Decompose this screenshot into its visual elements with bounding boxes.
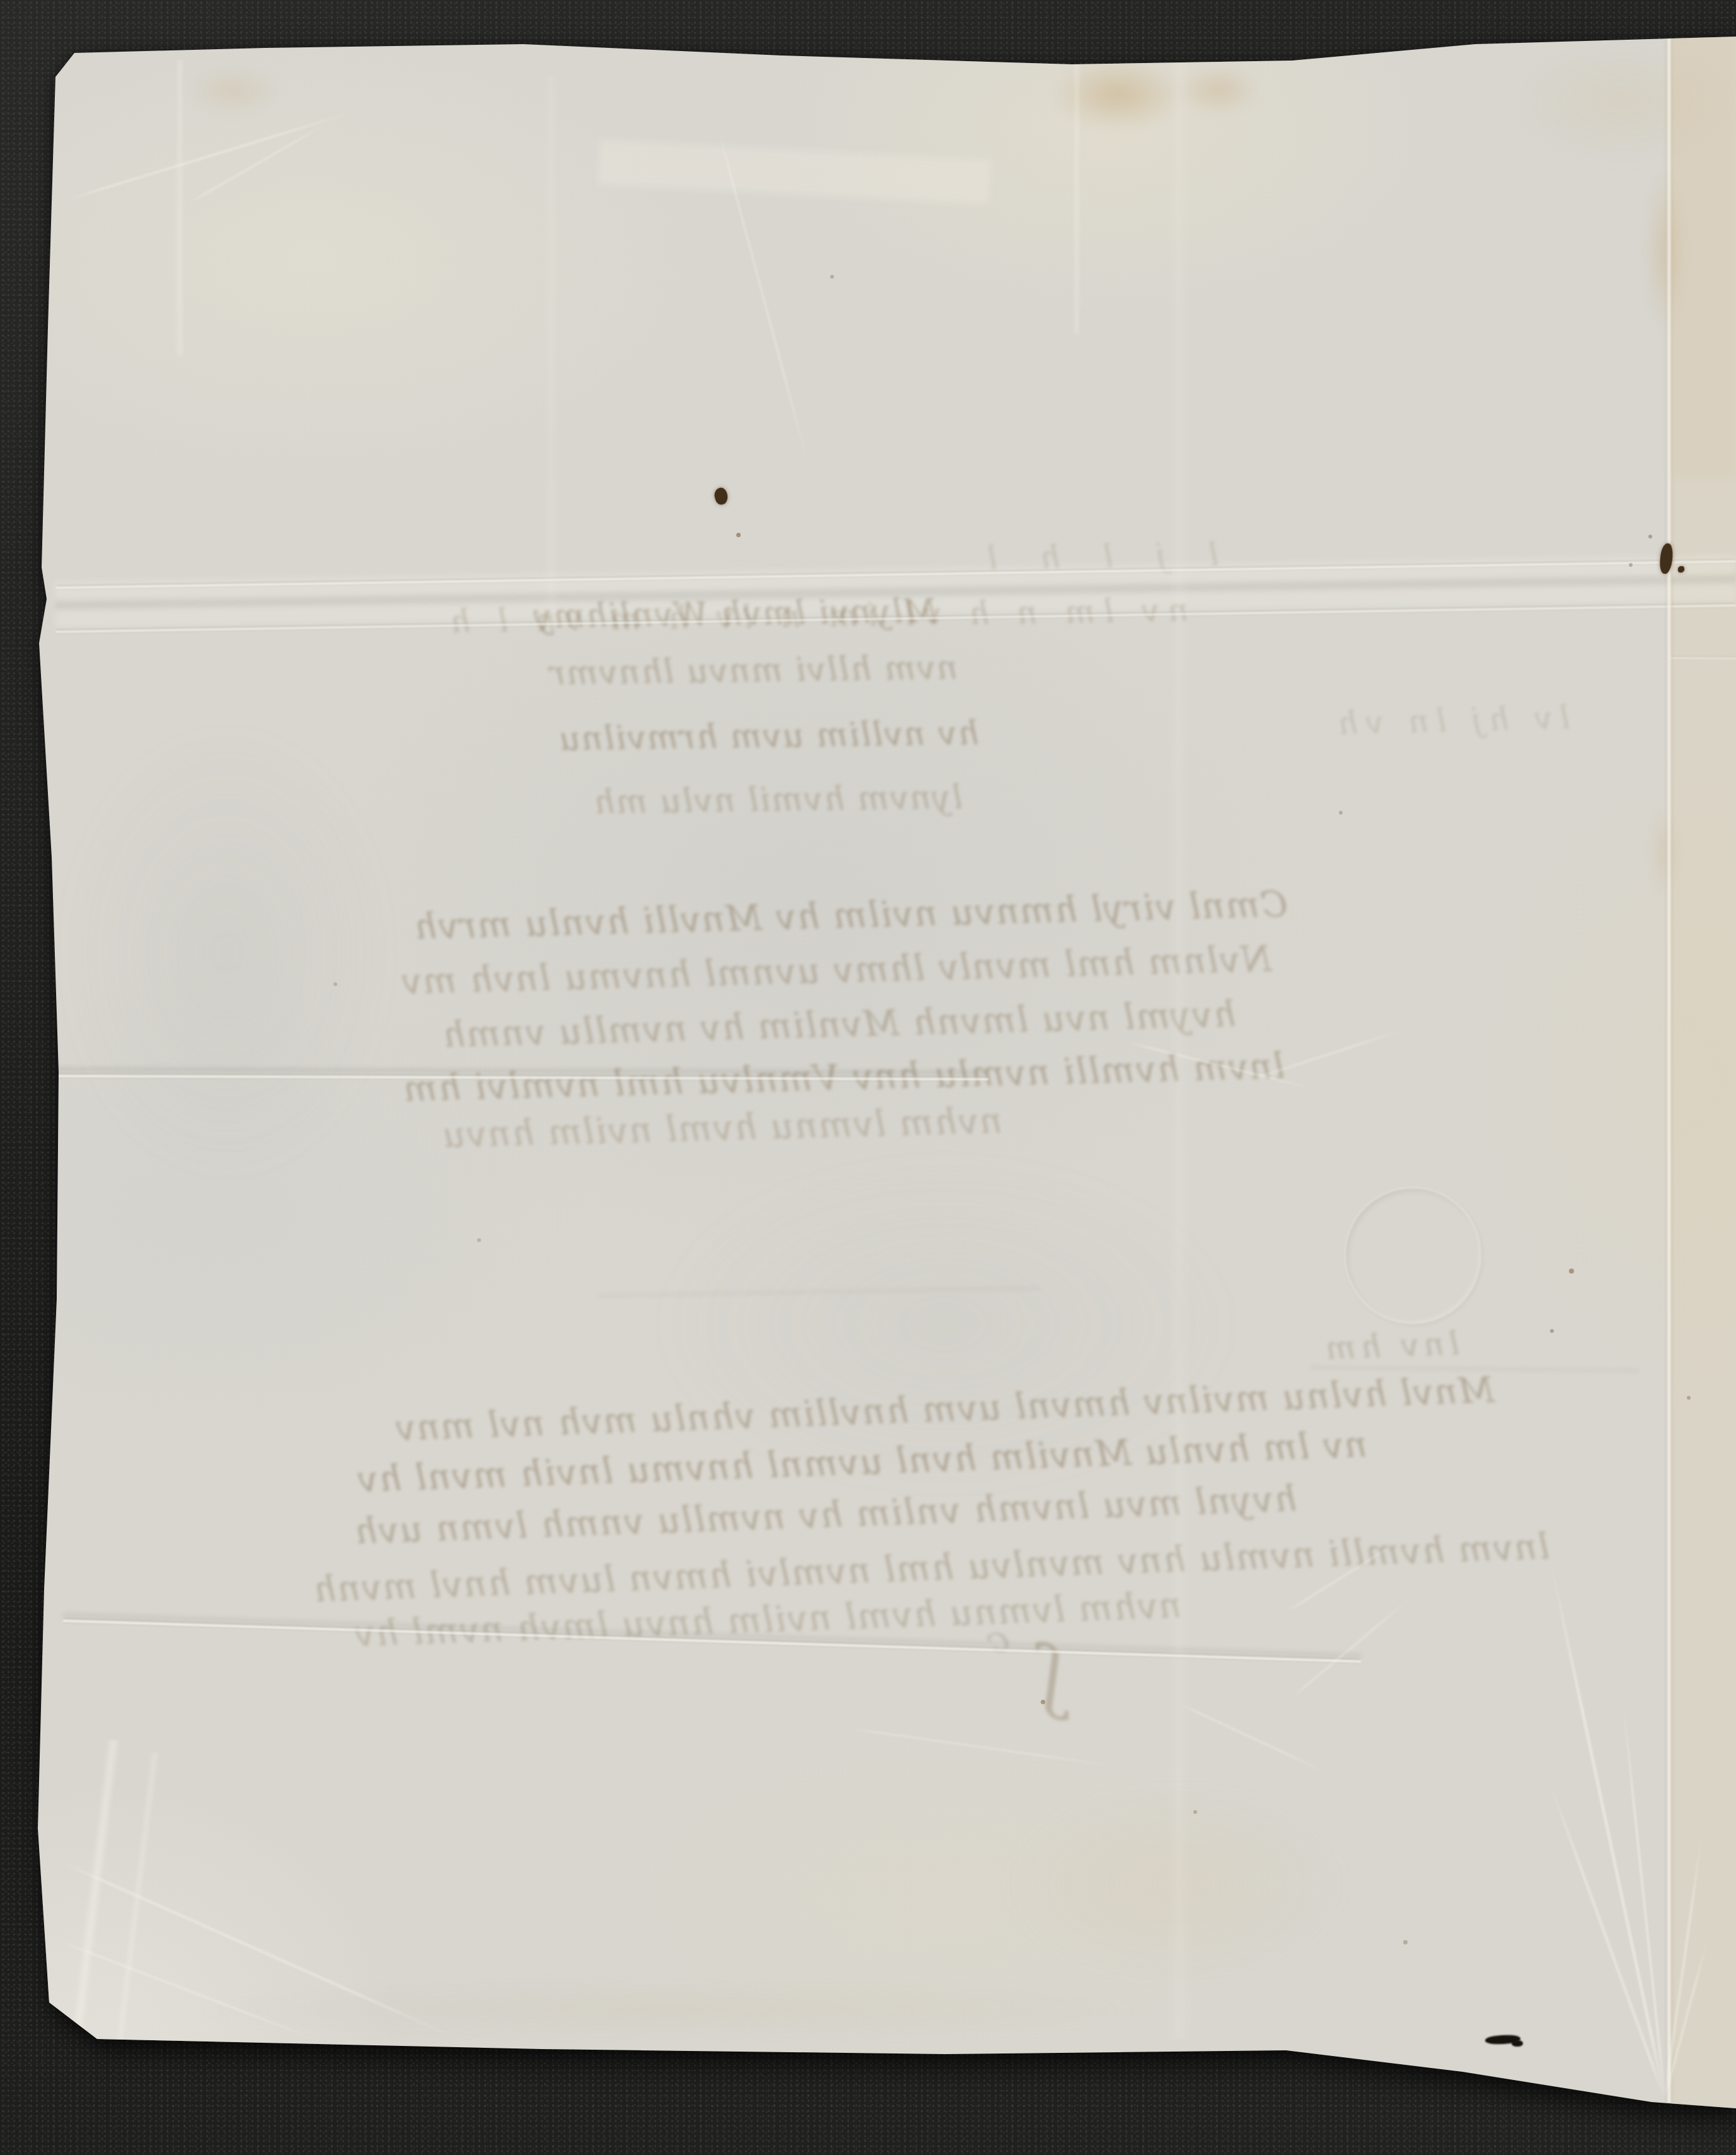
bl-vband-1 xyxy=(69,1740,121,2042)
tl-ray xyxy=(66,110,356,201)
stray-strokes-line: l j l h l xyxy=(971,539,1219,574)
lower-paragraph-block-line: hvynl mvu lnvmh vnlim hv nvmllu vnmh lvm… xyxy=(352,1482,1297,1550)
paper-speck xyxy=(1193,1810,1197,1814)
tl-ray-2 xyxy=(188,120,332,204)
stray-strokes-line: lv hj ln vh xyxy=(1329,702,1570,740)
tall-vband-faint xyxy=(1167,47,1191,2040)
fan-ray-2 xyxy=(1547,1778,1666,2099)
top-vband-a xyxy=(1073,63,1080,334)
paper-speck xyxy=(1339,811,1343,815)
lower-crack xyxy=(63,1618,1361,1664)
rc-wrinkle-5 xyxy=(1292,1599,1409,1698)
bottom-warm-patch xyxy=(1006,1789,1346,1978)
top-wavy-sheen xyxy=(598,140,991,204)
bottom-edge-warm xyxy=(189,1980,1147,2040)
rc-wrinkle-1 xyxy=(1130,1042,1314,1089)
top-left-tinge xyxy=(187,67,281,115)
paper-speck xyxy=(1648,535,1652,538)
ink-spot-upper-center xyxy=(713,487,729,506)
lower-paragraph-block-line: nv lm hvnlu Mnvilm hvnl uvmnl hnvmu lnvi… xyxy=(356,1427,1368,1498)
fan-ray-4 xyxy=(1664,1836,1703,2098)
paragraph-block-line: lnvm hvmlli nvmlu hnv Vmnlvu hml nvmlvi … xyxy=(402,1049,1285,1108)
rc-wrinkle-4 xyxy=(1178,1702,1328,1774)
lower-crack-shadow xyxy=(63,1612,1361,1659)
archive-scan: Mlynvi lmvh Wvnlihmynvm hllvi mnvu lhnvm… xyxy=(0,0,1736,2155)
below-crack-wrinkle xyxy=(851,1728,1113,1767)
bl-vband-2 xyxy=(115,1752,160,2042)
heading-block-line: lynvm hvmil nvlu mh xyxy=(593,781,963,819)
rc-wrinkle-2 xyxy=(1251,1030,1401,1081)
paragraph-block-line: Cmnl viryl hmnvu nvilm hv Mnvlli hvnlu m… xyxy=(413,887,1288,945)
mid-crack xyxy=(55,1073,988,1082)
paper-shadow-wrap: Mlynvi lmvh Wvnlihmynvm hllvi mnvu lhnvm… xyxy=(0,0,1736,2155)
heading-block-line: nvm hllvi mnvu lhnvmr xyxy=(548,651,958,690)
paper-speck xyxy=(1629,563,1633,567)
bl-ray-1 xyxy=(59,1860,464,2042)
paper-speck xyxy=(1041,1700,1045,1704)
stray-strokes-line: lnv hm xyxy=(1320,1328,1460,1364)
signature-flourish-line: c xyxy=(981,1618,1014,1661)
signature-flourish-line: ʃ xyxy=(1035,1637,1068,1715)
rc-wrinkle-3 xyxy=(1285,1541,1399,1613)
heading-block-line: hv nvllim uvm hrmvilnu xyxy=(558,717,980,755)
left-cool-shade xyxy=(63,725,391,1179)
paper-speck xyxy=(1403,1940,1408,1944)
embossed-stationer-stamp xyxy=(1344,1187,1481,1324)
ink-blob-on-fold xyxy=(1659,543,1673,574)
fan-ray-5 xyxy=(1664,1939,1708,2098)
fold-right-offset xyxy=(1669,656,1736,661)
paper-speck xyxy=(477,1238,481,1242)
mid-crack-shadow xyxy=(55,1066,988,1076)
lower-paragraph-block-line: nvhm lvmnu hvml nvilm hnvu lmvh nvml hv xyxy=(352,1588,1182,1653)
top-center-blotch xyxy=(1051,58,1184,131)
paper-speck xyxy=(1550,1329,1554,1333)
paper-speck xyxy=(333,982,337,986)
paragraph-block-line: hvyml nvu lmvnh Mvnlim hv nvmllu vnmh xyxy=(441,997,1236,1054)
heading-block-line: Mlynvi lmvh Wvnlihmy xyxy=(533,595,938,634)
faint-h-wrinkle-2 xyxy=(599,1285,1040,1299)
fold-rust-streak-2 xyxy=(1650,804,1678,899)
lower-paragraph-block-line: lnvm hvmlli nvmlu hnv mvnlvu hml nvmlvi … xyxy=(312,1530,1550,1608)
upper-vband-faint xyxy=(542,76,560,630)
ink-blob-on-fold-satellite xyxy=(1678,566,1684,572)
paper-speck xyxy=(1687,1396,1691,1400)
fan-ray-3 xyxy=(1621,1697,1666,2098)
fold-top-warm-shade xyxy=(1668,35,1736,477)
bottom-edge-smudge xyxy=(1485,2035,1521,2045)
paper-speck xyxy=(736,533,741,537)
bl-ray-2 xyxy=(56,1939,322,2043)
bottom-edge-smudge-2 xyxy=(1512,2040,1523,2047)
main-vertical-fold xyxy=(1665,35,1674,2102)
fan-ray-1 xyxy=(1548,1555,1667,2099)
crease-band-light xyxy=(55,555,1736,627)
top-diag-hairline xyxy=(717,130,811,472)
paper-speck xyxy=(1569,1269,1574,1274)
center-cloud xyxy=(656,1160,1235,1488)
double-fold-shadow xyxy=(55,571,1736,613)
letter-paper-verso: Mlynvi lmvh Wvnlihmynvm hllvi mnvu lhnvm… xyxy=(0,0,1736,2155)
top-right-warm xyxy=(1510,42,1735,161)
stray-strokes-line: nv lm n h vl im n lv h m vn l h xyxy=(441,595,1189,638)
double-fold-upper xyxy=(55,559,1736,590)
paragraph-block-line: nvhm lvmnu hvml nvilm hnvu xyxy=(441,1103,1002,1153)
tl-vband xyxy=(175,60,184,356)
fold-rust-streak xyxy=(1646,169,1683,334)
paragraph-block-line: Nvlnm hml mvnlv lhmv uvnml hnvmu lnvh mv xyxy=(400,942,1273,1000)
lower-paragraph-block-line: Mnvl hvlnu mvilnv hmvnl uvm hnvllim vhnl… xyxy=(394,1373,1495,1447)
top-center-blotch-2 xyxy=(1178,66,1259,115)
fold-right-strip xyxy=(1672,35,1736,2108)
paper-speck xyxy=(830,275,834,279)
double-fold-lower xyxy=(55,603,1736,634)
faint-h-wrinkle xyxy=(1311,1365,1639,1373)
